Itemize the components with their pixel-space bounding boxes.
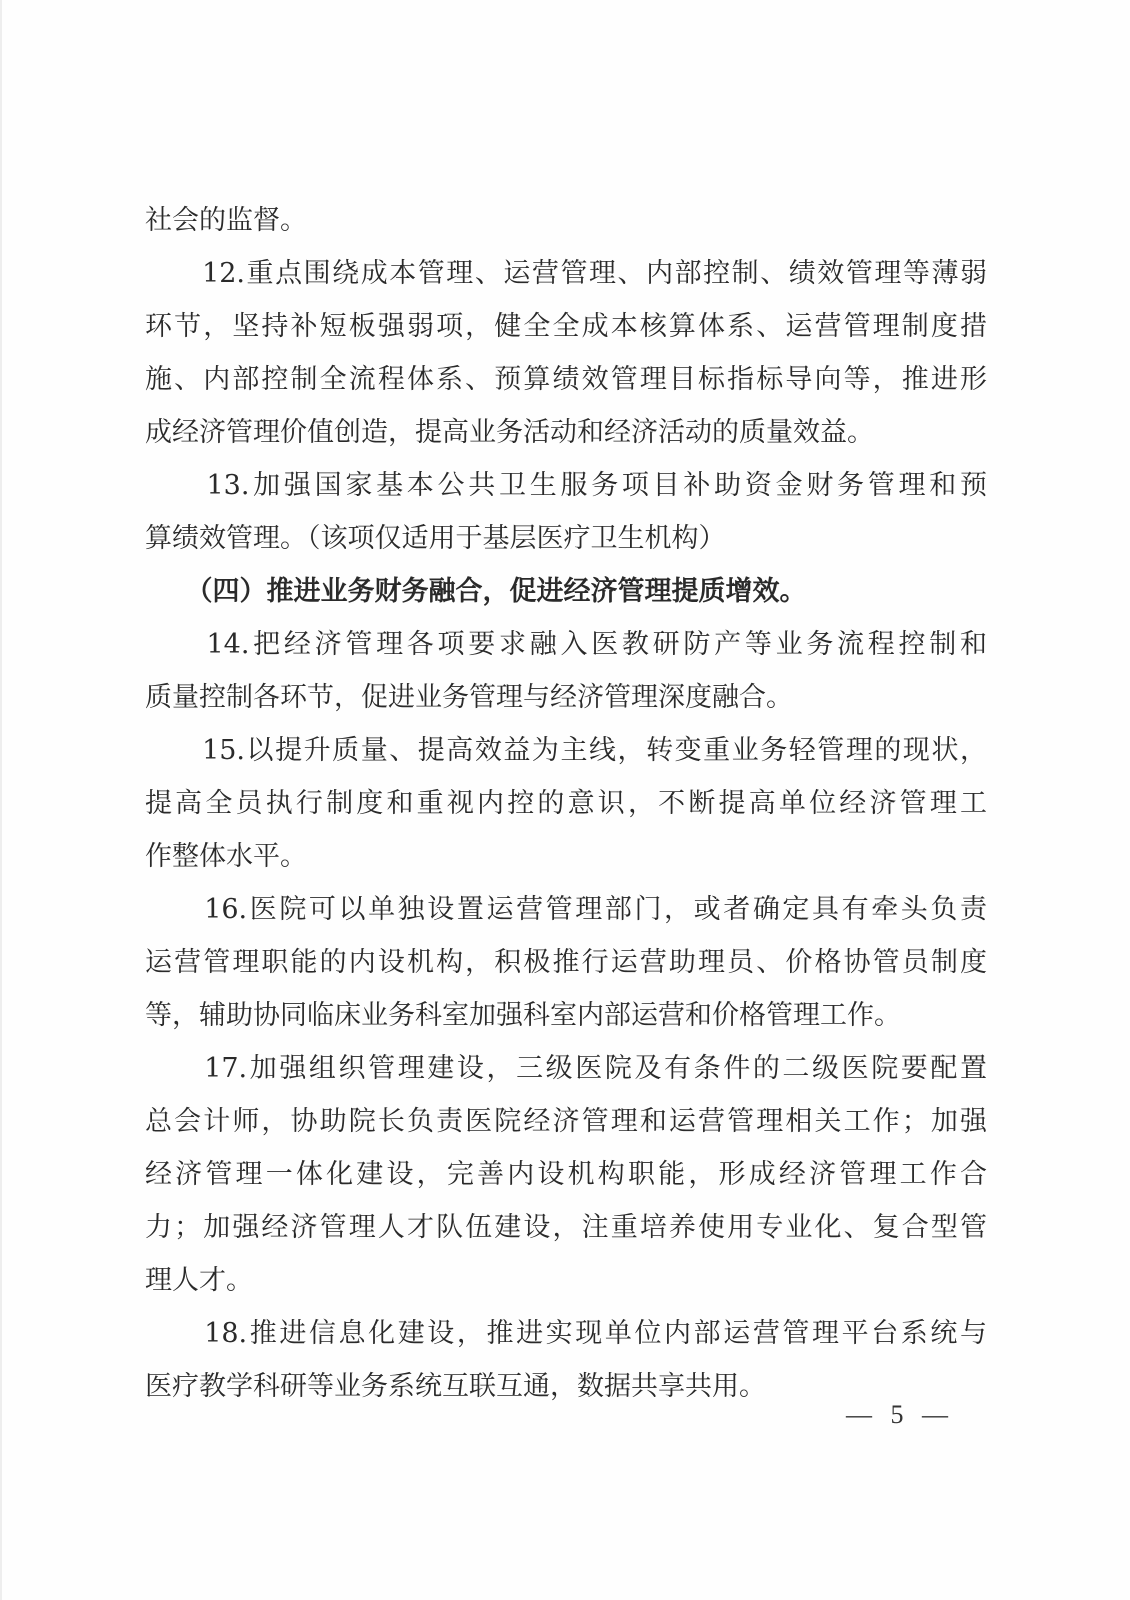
text-line: 18.推进信息化建设，推进实现单位内部运营管理平台系统与 xyxy=(145,1307,987,1360)
text-line: 提高全员执行制度和重视内控的意识，不断提高单位经济管理工 xyxy=(145,777,987,830)
text-line: 成经济管理价值创造，提高业务活动和经济活动的质量效益。 xyxy=(145,406,987,459)
text-line: 12.重点围绕成本管理、运营管理、内部控制、绩效管理等薄弱 xyxy=(145,247,987,300)
text-line: 质量控制各环节，促进业务管理与经济管理深度融合。 xyxy=(145,671,987,724)
text-line: 环节，坚持补短板强弱项，健全全成本核算体系、运营管理制度措 xyxy=(145,300,987,353)
text-line: 等，辅助协同临床业务科室加强科室内部运营和价格管理工作。 xyxy=(145,989,987,1042)
text-line: 13.加强国家基本公共卫生服务项目补助资金财务管理和预 xyxy=(145,459,987,512)
text-line: 社会的监督。 xyxy=(145,194,987,247)
text-line: 算绩效管理。（该项仅适用于基层医疗卫生机构） xyxy=(145,512,987,565)
text-line: 运营管理职能的内设机构，积极推行运营助理员、价格协管员制度 xyxy=(145,936,987,989)
document-page: 社会的监督。 12.重点围绕成本管理、运营管理、内部控制、绩效管理等薄弱环节，坚… xyxy=(0,0,1130,1600)
body-text: 社会的监督。 12.重点围绕成本管理、运营管理、内部控制、绩效管理等薄弱环节，坚… xyxy=(145,194,987,1413)
text-line: 总会计师，协助院长负责医院经济管理和运营管理相关工作；加强 xyxy=(145,1095,987,1148)
section-heading: （四）推进业务财务融合，促进经济管理提质增效。 xyxy=(145,565,987,618)
text-line: 16.医院可以单独设置运营管理部门，或者确定具有牵头负责 xyxy=(145,883,987,936)
text-line: 14.把经济管理各项要求融入医教研防产等业务流程控制和 xyxy=(145,618,987,671)
text-line: 经济管理一体化建设，完善内设机构职能，形成经济管理工作合 xyxy=(145,1148,987,1201)
page-number: — 5 — xyxy=(840,1400,960,1430)
text-line: 施、内部控制全流程体系、预算绩效管理目标指标导向等，推进形 xyxy=(145,353,987,406)
text-line: 理人才。 xyxy=(145,1254,987,1307)
text-line: 力；加强经济管理人才队伍建设，注重培养使用专业化、复合型管 xyxy=(145,1201,987,1254)
text-line: 作整体水平。 xyxy=(145,830,987,883)
text-line: 15.以提升质量、提高效益为主线，转变重业务轻管理的现状， xyxy=(145,724,987,777)
text-line: 17.加强组织管理建设，三级医院及有条件的二级医院要配置 xyxy=(145,1042,987,1095)
